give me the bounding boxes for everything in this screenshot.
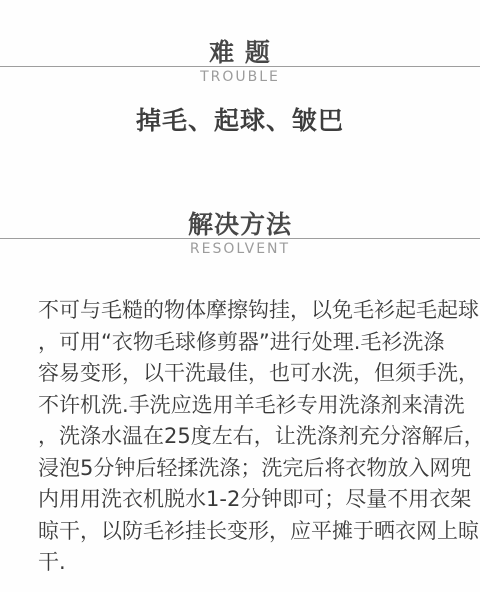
- trouble-section-subtitle: TROUBLE: [0, 69, 480, 85]
- solution-section-subtitle: RESOLVENT: [0, 241, 480, 257]
- paragraph-line: 不许机洗.手洗应选用羊毛衫专用洗涤剂来清洗: [38, 390, 443, 422]
- paragraph-line: 不可与毛糙的物体摩擦钩挂，以免毛衫起毛起球: [38, 295, 443, 327]
- paragraph-line: 容易变形，以干洗最佳，也可水洗，但须手洗，: [38, 358, 443, 390]
- paragraph-line: 浸泡5分钟后轻揉洗涤；洗完后将衣物放入网兜: [38, 453, 443, 485]
- paragraph-line: 内用用洗衣机脱水1-2分钟即可；尽量不用衣架: [38, 484, 443, 516]
- sweater-care-guide-page: 难 题 TROUBLE 掉毛、起球、皱巴 解决方法 RESOLVENT 不可与毛…: [0, 0, 480, 592]
- solution-divider-line: [0, 238, 480, 239]
- solution-section-title: 解决方法: [0, 212, 480, 238]
- paragraph-line: ，洗涤水温在25度左右，让洗涤剂充分溶解后，: [38, 421, 443, 453]
- trouble-divider-line: [0, 66, 480, 67]
- paragraph-line: 晾干，以防毛衫挂长变形，应平摊于晒衣网上晾: [38, 516, 443, 548]
- solution-paragraph: 不可与毛糙的物体摩擦钩挂，以免毛衫起毛起球 ，可用“衣物毛球修剪器”进行处理.毛…: [38, 295, 443, 579]
- problem-list: 掉毛、起球、皱巴: [0, 107, 480, 135]
- paragraph-line: ，可用“衣物毛球修剪器”进行处理.毛衫洗涤: [38, 327, 443, 359]
- paragraph-line: 干.: [38, 547, 443, 579]
- trouble-section-title: 难 题: [0, 40, 480, 66]
